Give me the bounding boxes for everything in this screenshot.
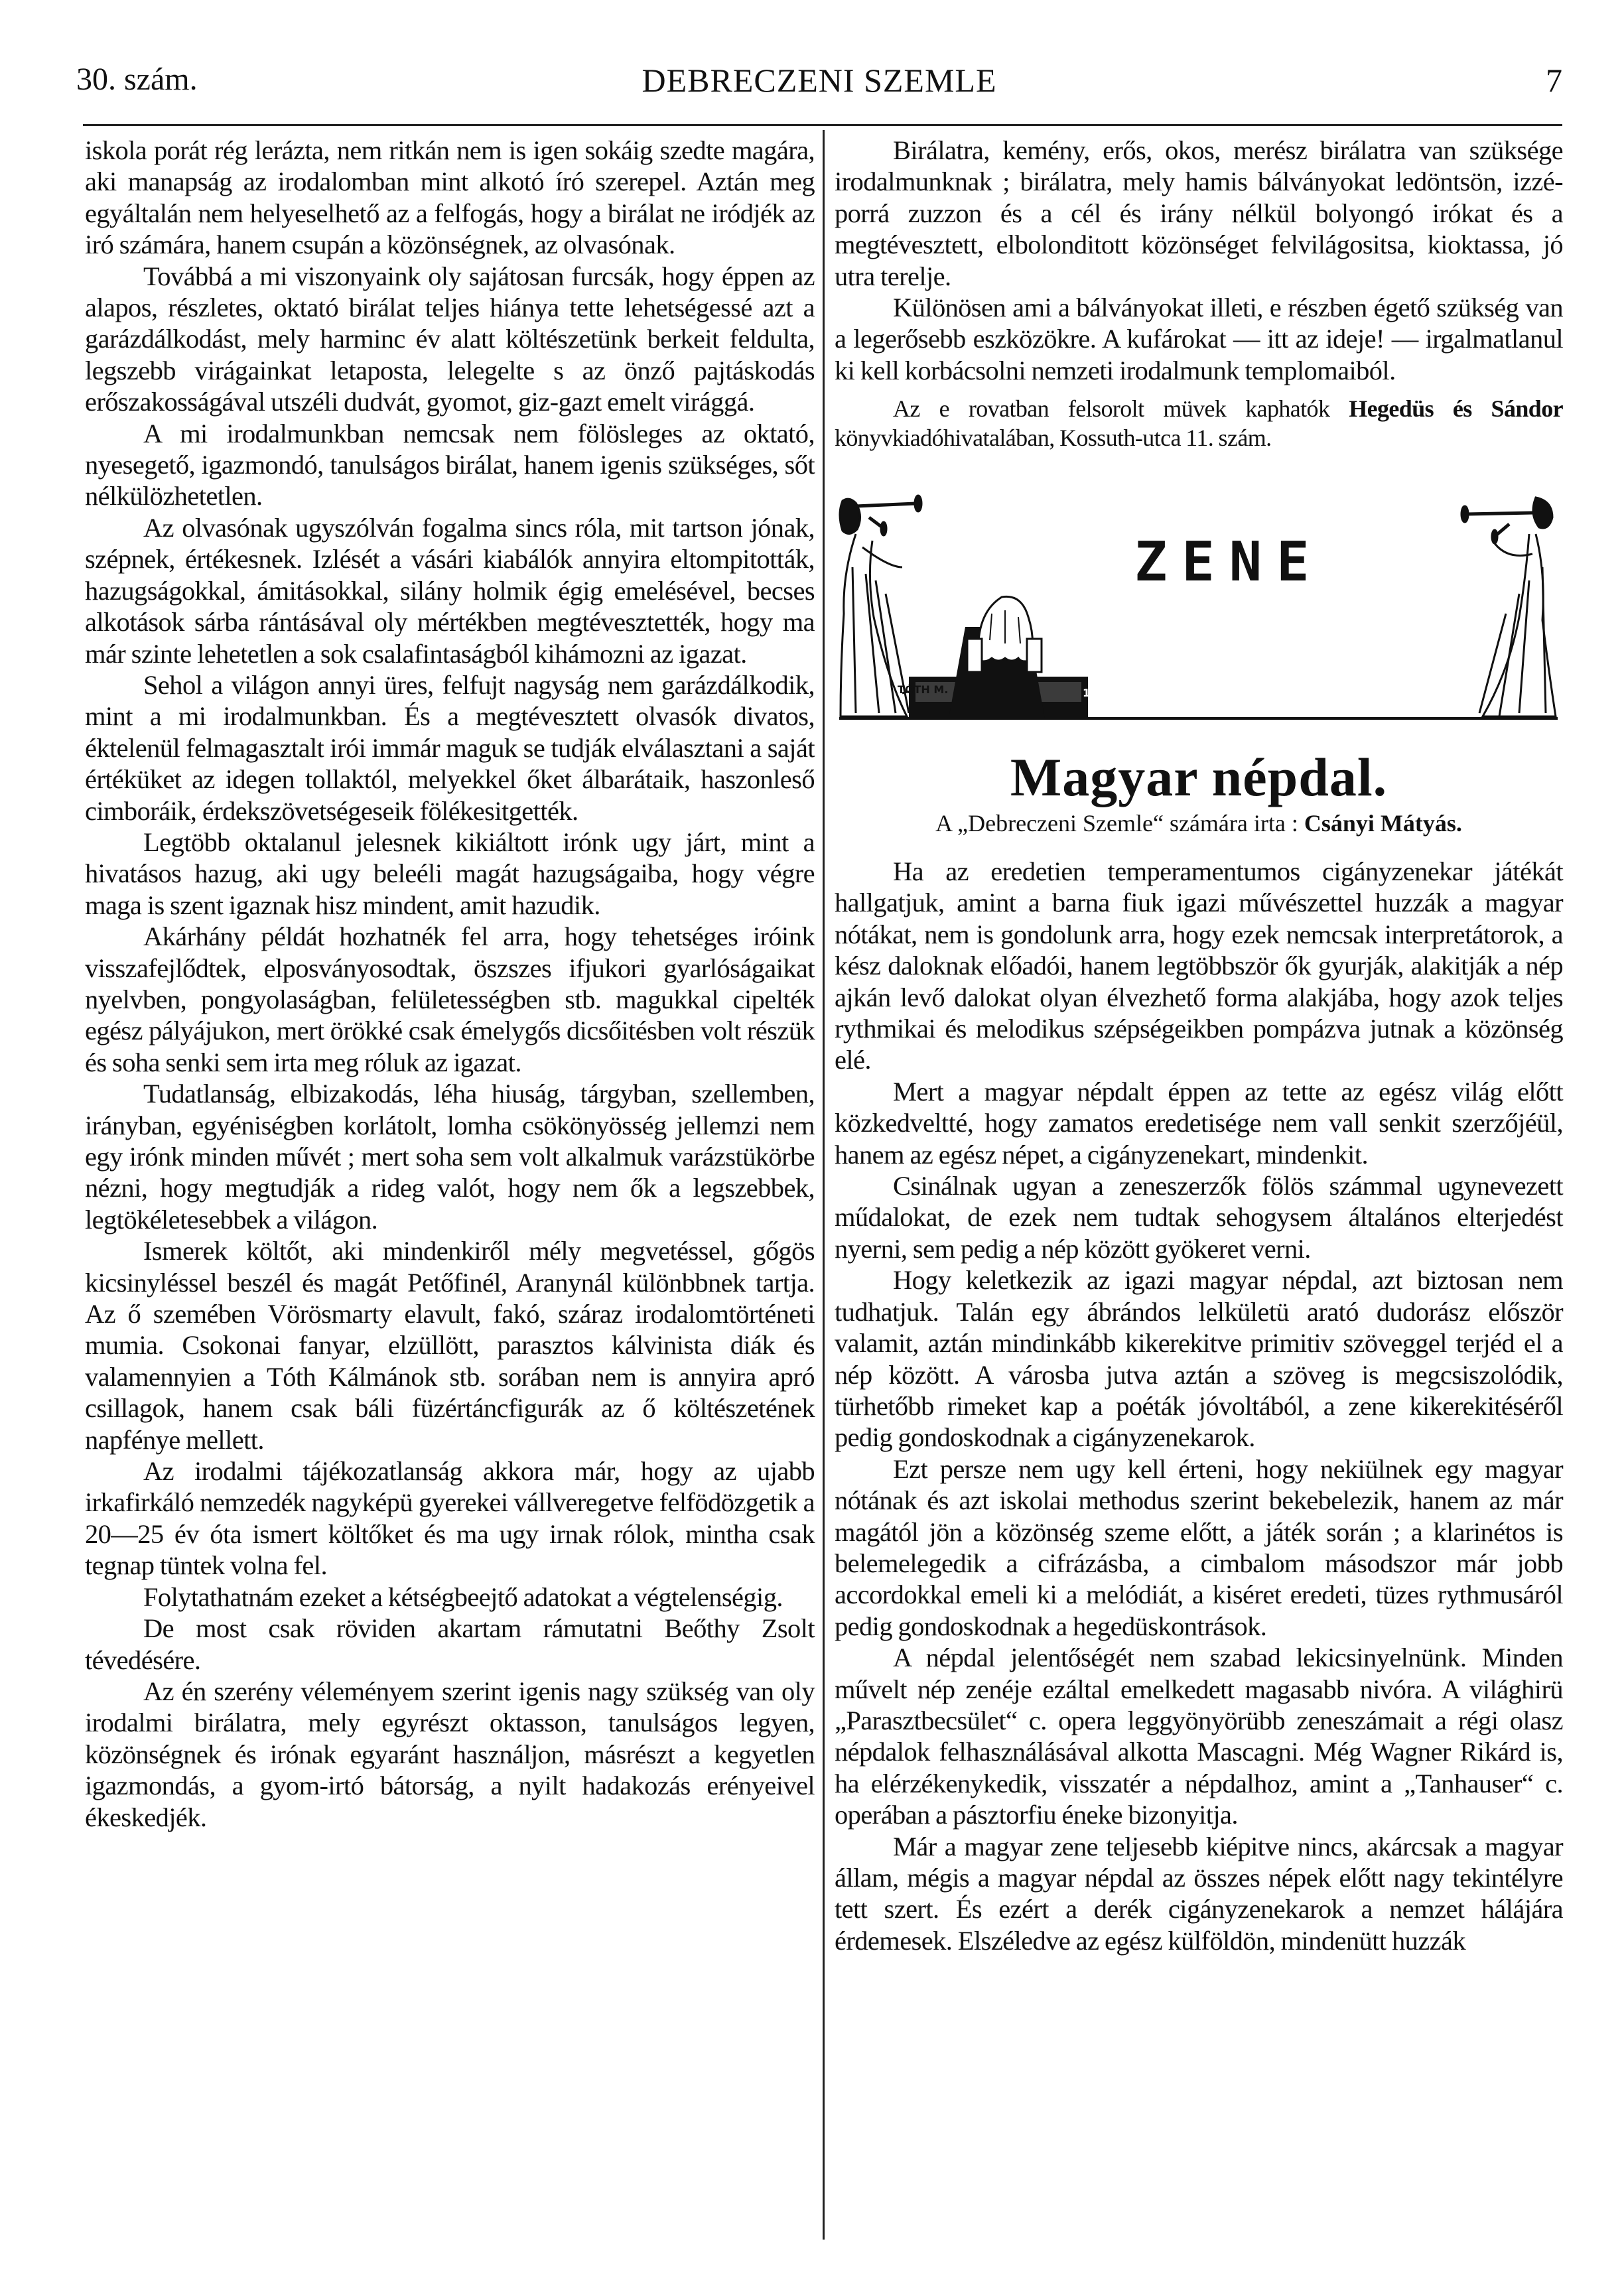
paragraph: Továbbá a mi viszonyaink oly sajátosan f… [85,261,815,418]
paragraph: iskola porát rég lerázta, nem ritkán nem… [85,135,815,261]
bookshop-notice: Az e rovatban felsorolt müvek kaphatók H… [835,394,1563,452]
byline-prefix: A „Debreczeni Szemle“ számára irta : [935,810,1304,837]
article-body: Ha az eredetien temperamentumos cigányze… [835,856,1563,1956]
column-divider [823,130,825,2240]
paragraph: A népdal jelentőségét nem szabad lekicsi… [835,1642,1563,1830]
article-byline: A „Debreczeni Szemle“ számára irta : Csá… [835,809,1563,837]
paragraph: Mert a magyar népdalt éppen az tette az … [835,1076,1563,1170]
publication-title: DEBRECZENI SZEMLE [76,61,1562,100]
article-title: Magyar népdal. [835,746,1563,809]
paragraph: Ismerek költőt, aki mindenkiről mély meg… [85,1235,815,1455]
paragraph: Legtöbb oktalanul jelesnek kikiáltott ir… [85,827,815,921]
paragraph: Akárhány példát hozhatnék fel arra, hogy… [85,921,815,1078]
paragraph: Hogy keletkezik az igazi magyar népdal, … [835,1264,1563,1453]
illustration-signature: TÓTH M. [898,683,948,696]
paragraph: Különösen ami a bálványokat illeti, e ré… [835,292,1563,386]
notice-prefix: Az e rovatban felsorolt müvek kaphatók [893,395,1349,422]
zene-illustration: ZENE TÓTH M. 1912 [836,494,1562,726]
paragraph: Folytathatnám ezeket a kétségbeejtő adat… [85,1581,815,1613]
illustration-year: 1912 [1083,687,1113,699]
paragraph: A mi irodalmunkban nemcsak nem fölöslege… [85,418,815,512]
paragraph: Ezt persze nem ugy kell érteni, hogy nek… [835,1453,1563,1642]
notice-suffix: könyvkiadóhivatalában, Kossuth-utca 11. … [835,425,1272,451]
notice-publisher: Hegedüs és Sándor [1349,395,1563,422]
paragraph: Tudatlanság, elbizakodás, léha hiuság, t… [85,1078,815,1235]
paragraph: Már a magyar zene teljesebb kiépitve nin… [835,1831,1563,1957]
paragraph: Csinálnak ugyan a zeneszerzők fölös szám… [835,1170,1563,1264]
right-column-top: Birálatra, kemény, erős, okos, merész bi… [835,135,1563,452]
paragraph: Az irodalmi tájékozatlanság akkora már, … [85,1455,815,1581]
left-column: iskola porát rég lerázta, nem ritkán nem… [85,135,815,1833]
page-number: 7 [1546,61,1562,100]
paragraph: Ha az eredetien temperamentumos cigányze… [835,856,1563,1076]
paragraph: Sehol a világon annyi üres, felfujt nagy… [85,669,815,827]
header-rule [83,124,1562,126]
paragraph: Az én szerény véleményem szerint igenis … [85,1676,815,1833]
paragraph: Birálatra, kemény, erős, okos, merész bi… [835,135,1563,292]
zene-section-title: ZENE [1134,531,1323,594]
author-name: Csányi Mátyás. [1304,810,1462,837]
paragraph: Az olvasónak ugyszólván fogalma sincs ró… [85,512,815,669]
paragraph: De most csak röviden akartam rámutatni B… [85,1613,815,1676]
page-header: 30. szám. DEBRECZENI SZEMLE 7 [76,61,1562,121]
